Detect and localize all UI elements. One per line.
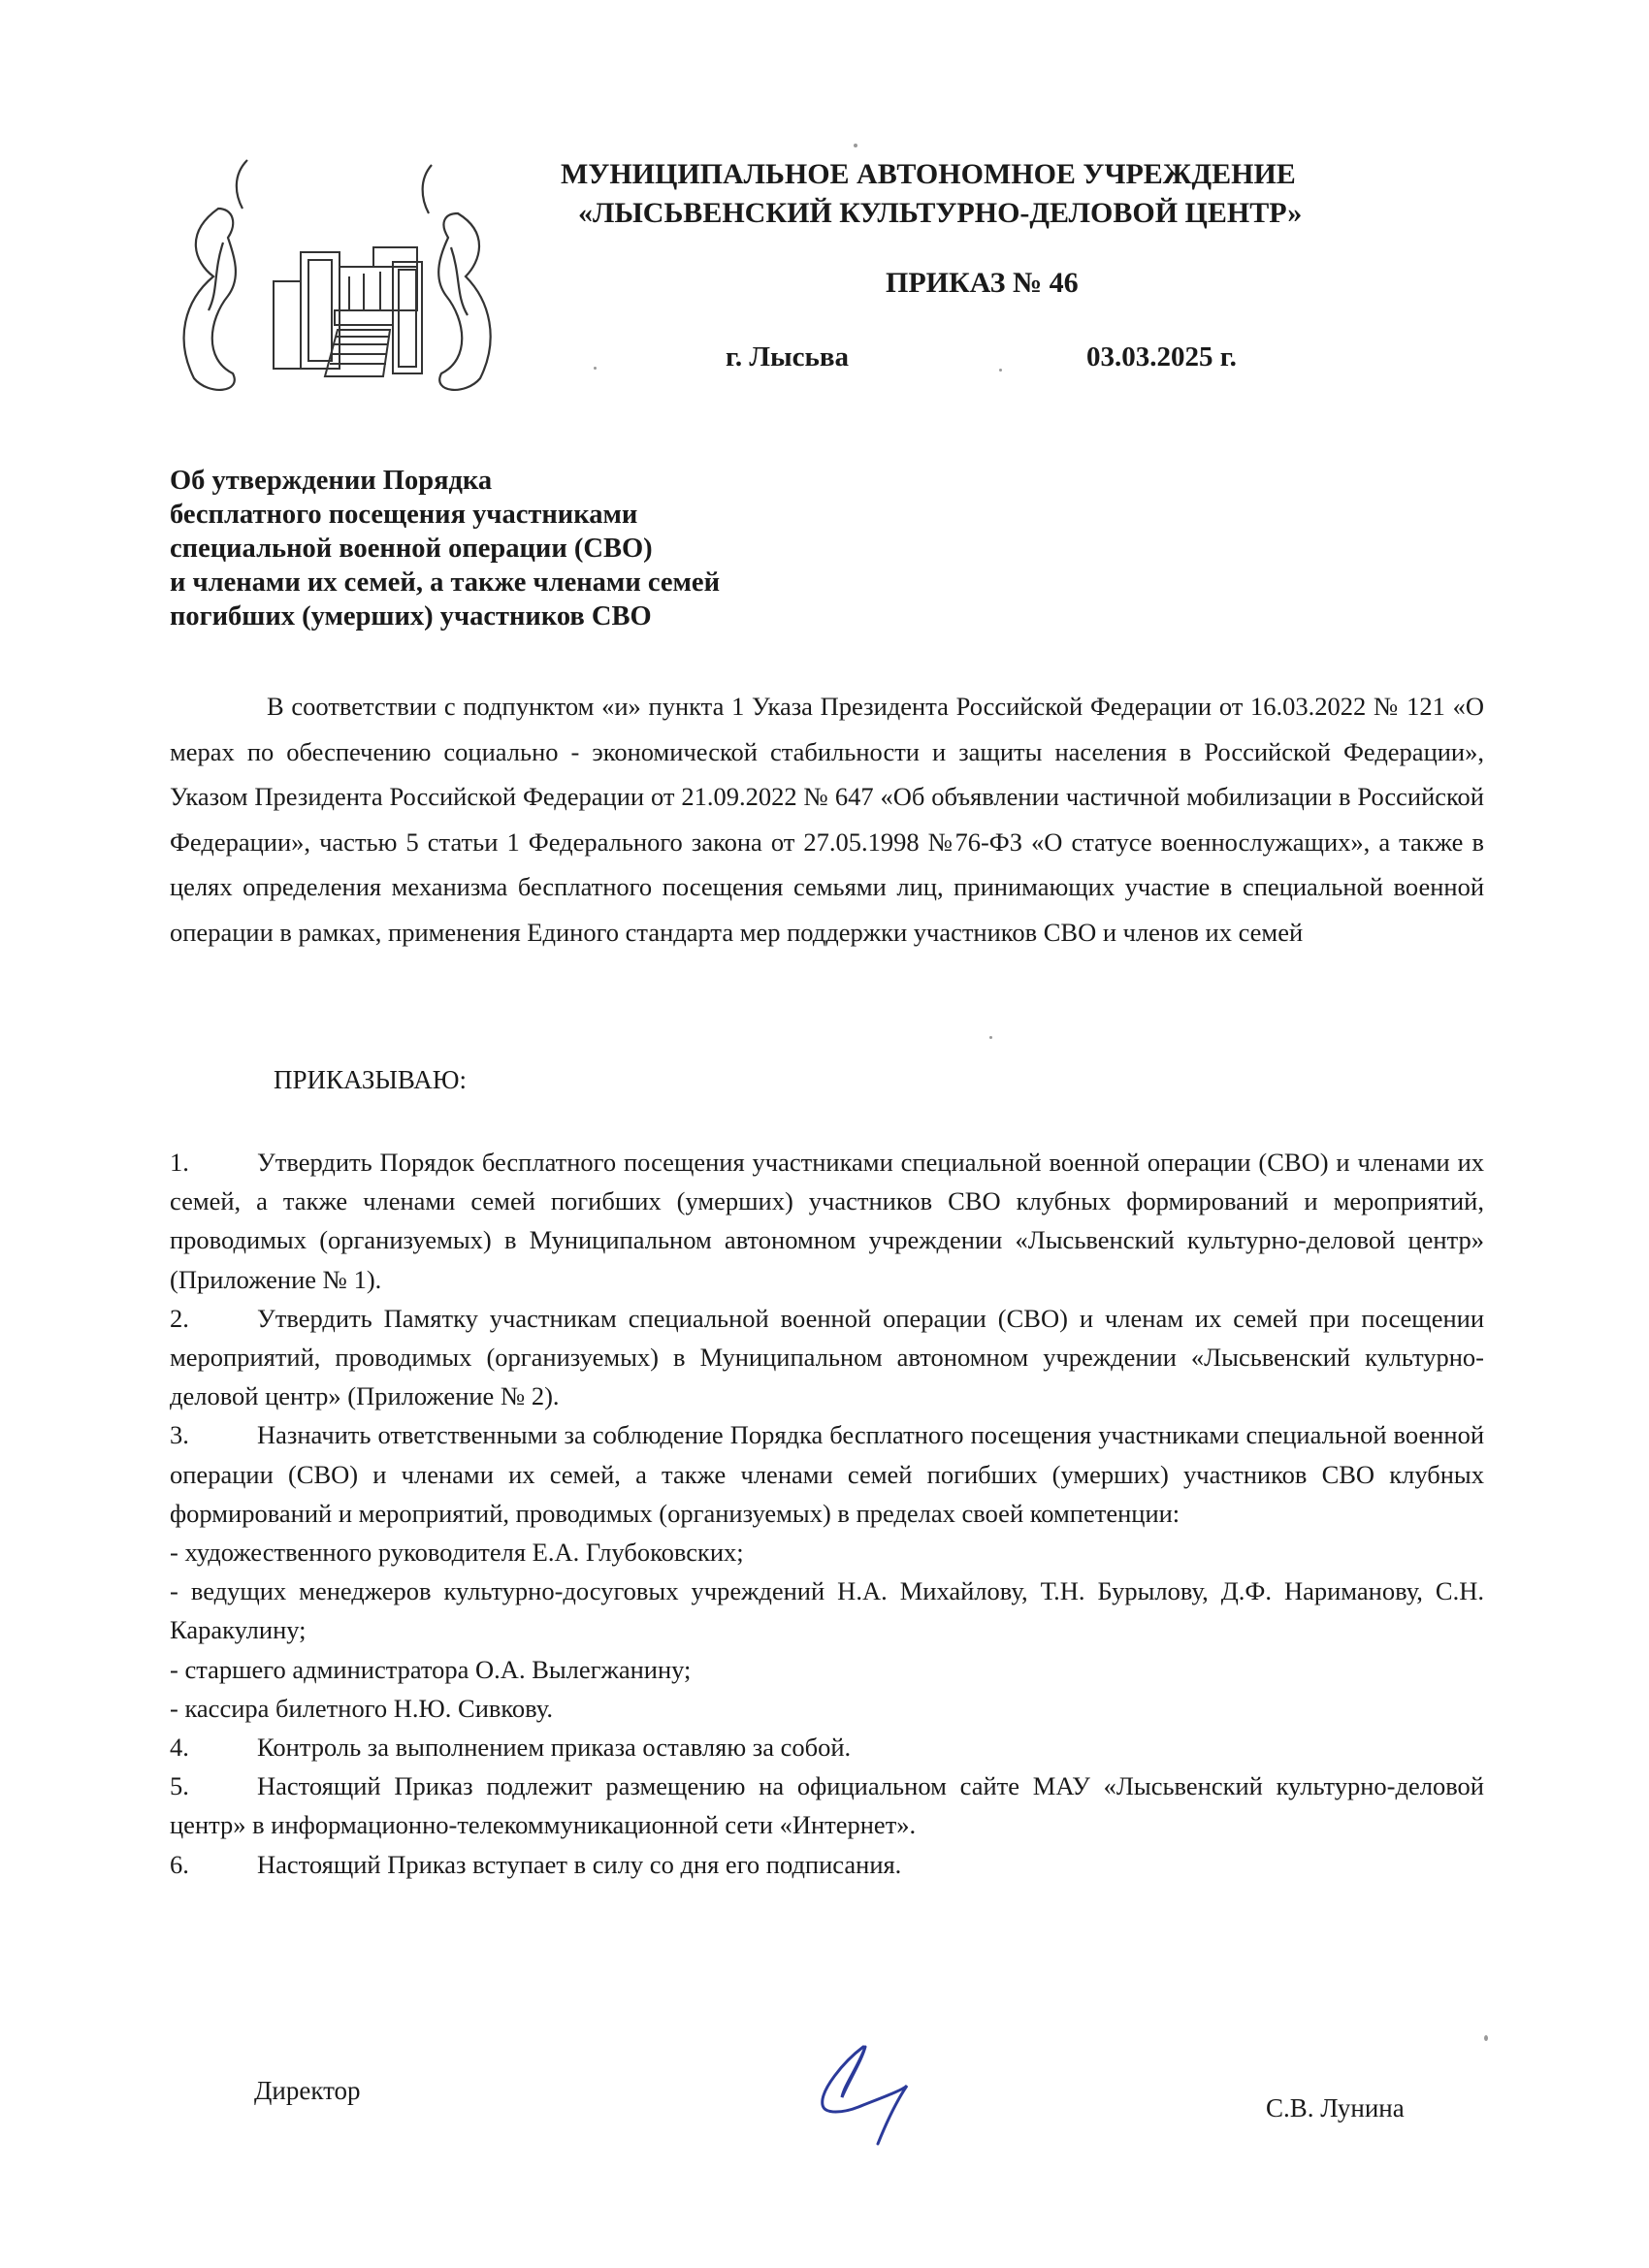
order-item-3: 3. Назначить ответственными за соблюдени… xyxy=(170,1415,1484,1533)
item-number: 3. xyxy=(170,1415,189,1454)
order-items: 1. Утвердить Порядок бесплатного посещен… xyxy=(170,1143,1484,1884)
scan-speck xyxy=(594,367,597,370)
responsible-person: - кассира билетного Н.Ю. Сивкову. xyxy=(170,1689,1484,1728)
scan-speck xyxy=(999,369,1002,372)
item-number: 5. xyxy=(170,1766,189,1805)
order-item-4: 4. Контроль за выполнением приказа остав… xyxy=(170,1728,1484,1766)
item-number: 6. xyxy=(170,1845,189,1884)
title-line: специальной военной операции (СВО) xyxy=(170,532,868,566)
scan-speck xyxy=(854,144,857,147)
preamble: В соответствии с подпунктом «и» пункта 1… xyxy=(170,684,1484,955)
signatory-role: Директор xyxy=(254,2076,361,2106)
org-name-line-1: МУНИЦИПАЛЬНОЕ АВТОНОМНОЕ УЧРЕЖДЕНИЕ xyxy=(561,155,1395,194)
preamble-text: В соответствии с подпунктом «и» пункта 1… xyxy=(170,684,1484,955)
order-date: 03.03.2025 г. xyxy=(1086,341,1237,373)
title-line: и членами их семей, а также членами семе… xyxy=(170,566,868,599)
org-name-line-2: «ЛЫСЬВЕНСКИЙ КУЛЬТУРНО-ДЕЛОВОЙ ЦЕНТР» xyxy=(561,194,1395,233)
handwritten-signature-icon xyxy=(805,2037,960,2149)
item-text: Утвердить Порядок бесплатного посещения … xyxy=(170,1143,1484,1299)
scan-speck xyxy=(989,1036,992,1039)
order-title: Об утверждении Порядка бесплатного посещ… xyxy=(170,464,868,633)
organization-logo xyxy=(165,155,524,398)
item-number: 1. xyxy=(170,1143,189,1182)
item-text: Назначить ответственными за соблюдение П… xyxy=(170,1415,1484,1533)
decree-heading: ПРИКАЗЫВАЮ: xyxy=(274,1065,467,1095)
order-item-2: 2. Утвердить Памятку участникам специаль… xyxy=(170,1299,1484,1416)
order-city: г. Лысьва xyxy=(726,341,849,373)
item-number: 4. xyxy=(170,1728,189,1766)
item-text: Контроль за выполнением приказа оставляю… xyxy=(170,1728,1484,1766)
title-line: Об утверждении Порядка xyxy=(170,464,868,498)
order-item-5: 5. Настоящий Приказ подлежит размещению … xyxy=(170,1766,1484,1844)
order-number: ПРИКАЗ № 46 xyxy=(886,267,1079,300)
item-number: 2. xyxy=(170,1299,189,1338)
title-line: погибших (умерших) участников СВО xyxy=(170,599,868,633)
scan-speck xyxy=(1484,2035,1488,2041)
signatory-name: С.В. Лунина xyxy=(1266,2093,1405,2123)
organization-name: МУНИЦИПАЛЬНОЕ АВТОНОМНОЕ УЧРЕЖДЕНИЕ «ЛЫС… xyxy=(561,155,1395,233)
item-text: Утвердить Памятку участникам специальной… xyxy=(170,1299,1484,1416)
title-line: бесплатного посещения участниками xyxy=(170,498,868,532)
order-item-1: 1. Утвердить Порядок бесплатного посещен… xyxy=(170,1143,1484,1299)
item-text: Настоящий Приказ вступает в силу со дня … xyxy=(170,1845,1484,1884)
responsible-person: - художественного руководителя Е.А. Глуб… xyxy=(170,1533,1484,1571)
item-text: Настоящий Приказ подлежит размещению на … xyxy=(170,1766,1484,1844)
order-item-6: 6. Настоящий Приказ вступает в силу со д… xyxy=(170,1845,1484,1884)
responsible-person: - старшего администратора О.А. Вылегжани… xyxy=(170,1650,1484,1689)
responsible-person: - ведущих менеджеров культурно-досуговых… xyxy=(170,1571,1484,1649)
